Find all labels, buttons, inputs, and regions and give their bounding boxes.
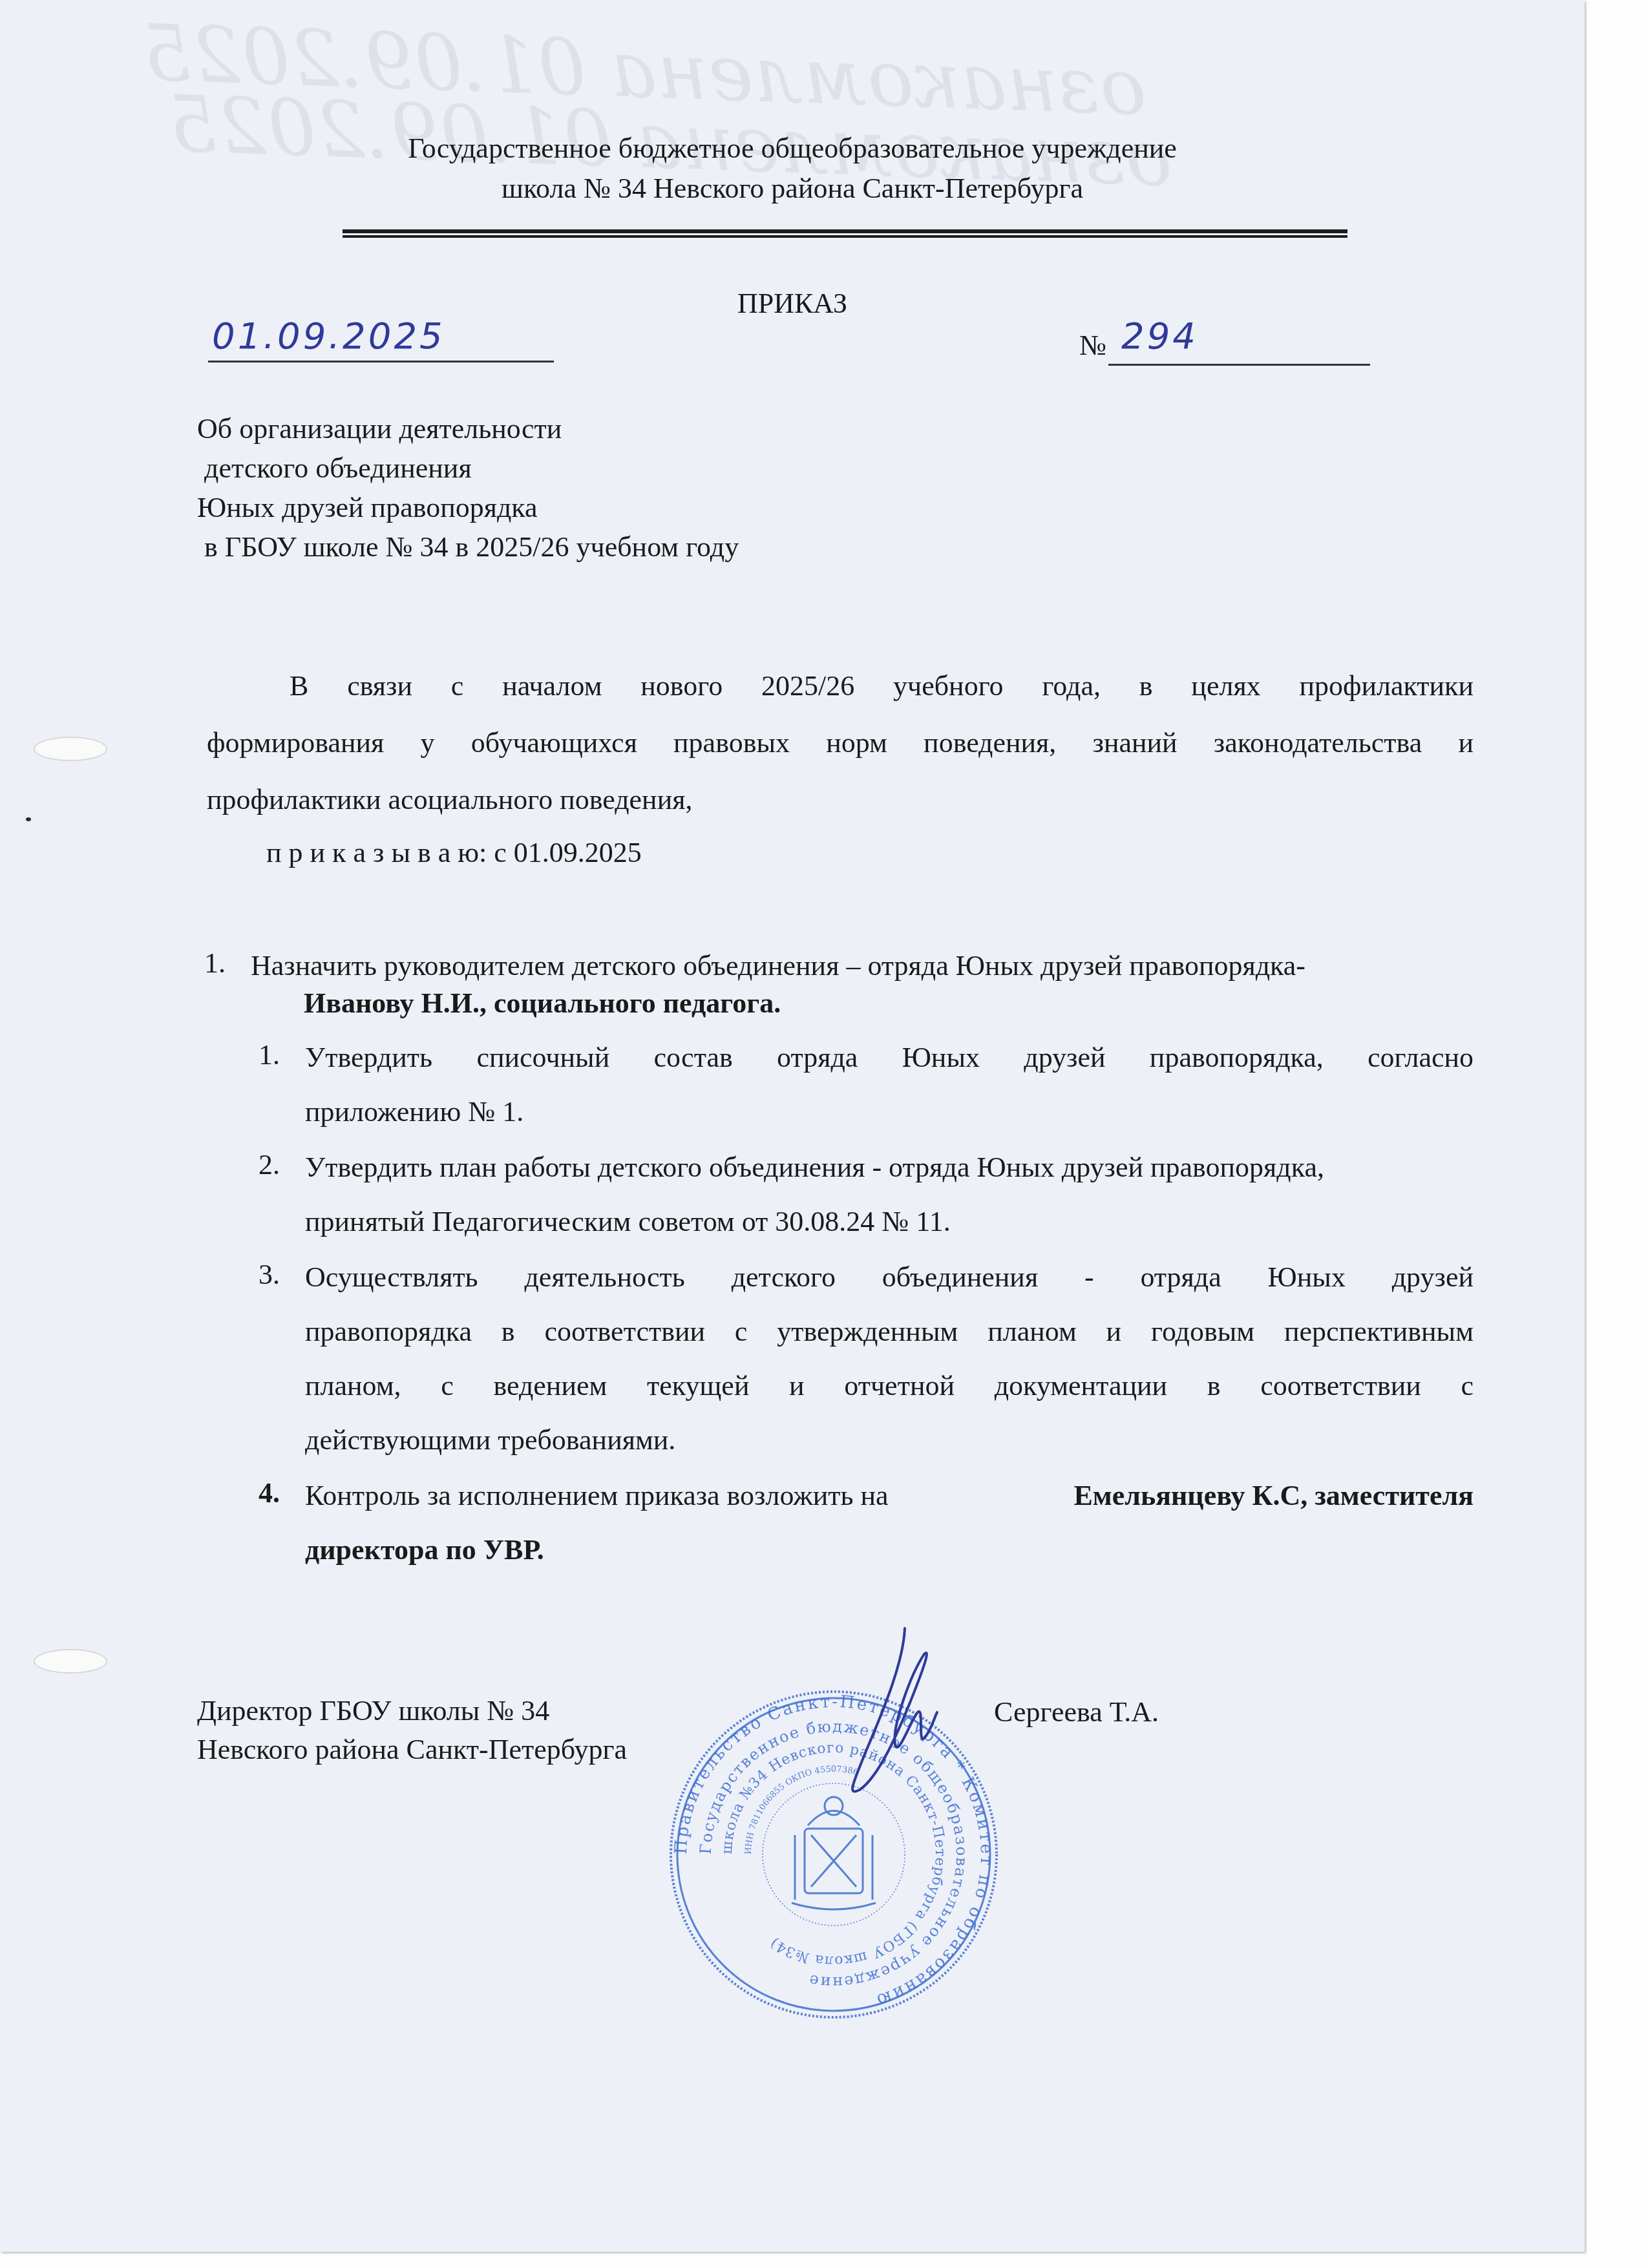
- sub-item-line: приложению № 1.: [305, 1093, 523, 1131]
- institution-name-line1: Государственное бюджетное общеобразовате…: [0, 129, 1585, 168]
- signatory-position-line2: Невского района Санкт-Петербурга: [197, 1730, 627, 1769]
- order-date-handwritten: 01.09.2025: [212, 315, 445, 357]
- order-subject: Об организации деятельности детского объ…: [197, 409, 739, 567]
- date-underline: [208, 361, 554, 362]
- institution-name-line2: школа № 34 Невского района Санкт-Петербу…: [0, 169, 1585, 208]
- sub-item-line: Контроль за исполнением приказа возложит…: [305, 1476, 1474, 1515]
- order-number-handwritten: 294: [1121, 315, 1198, 357]
- main-item-text: Назначить руководителем детского объедин…: [251, 947, 1305, 985]
- preamble-line: профилактики асоциального поведения,: [207, 772, 692, 828]
- punch-hole: [34, 737, 107, 761]
- document-page: ознакомлена 01.09.2025 ознакомлена 01.09…: [0, 0, 1585, 2252]
- sub-item-line: Утвердить план работы детского объединен…: [305, 1148, 1474, 1187]
- signatory-name: Сергеева Т.А.: [994, 1693, 1159, 1732]
- number-underline: [1108, 364, 1370, 366]
- list-number: 3.: [259, 1258, 280, 1291]
- control-text: Контроль за исполнением приказа возложит…: [305, 1476, 889, 1515]
- subject-line: в ГБОУ школе № 34 в 2025/26 учебном году: [197, 527, 739, 567]
- sub-item-line: принятый Педагогическим советом от 30.08…: [305, 1202, 951, 1241]
- subject-line: Об организации деятельности: [197, 409, 739, 448]
- preamble-line: формирования у обучающихся правовых норм…: [207, 715, 1474, 772]
- sub-item-line: Осуществлять деятельность детского объед…: [305, 1258, 1474, 1297]
- list-number: 4.: [259, 1476, 280, 1509]
- order-number-label: №: [1079, 326, 1106, 365]
- list-number: 1.: [204, 947, 226, 980]
- header-rule-bottom: [343, 235, 1347, 238]
- list-number: 2.: [259, 1148, 280, 1181]
- header-rule-top: [343, 229, 1347, 233]
- subject-line: Юных друзей правопорядка: [197, 488, 739, 527]
- preamble-line: В связи с началом нового 2025/26 учебног…: [207, 658, 1474, 715]
- sub-item-line: действующими требованиями.: [305, 1421, 675, 1460]
- ink-spot: [26, 817, 31, 821]
- sub-item-line: Утвердить списочный состав отряда Юных д…: [305, 1038, 1474, 1077]
- order-phrase: п р и к а з ы в а ю: с 01.09.2025: [266, 834, 642, 872]
- control-assignee: Емельянцеву К.С, заместителя: [1073, 1476, 1474, 1515]
- subject-line: детского объединения: [197, 448, 739, 488]
- handwritten-signature: [827, 1622, 956, 1809]
- control-assignee-line2: директора по УВР.: [305, 1531, 544, 1570]
- list-number: 1.: [259, 1038, 280, 1071]
- punch-hole: [34, 1649, 107, 1674]
- main-item-assignee: Иванову Н.И., социального педагога.: [304, 984, 781, 1023]
- sub-item-line: планом, с ведением текущей и отчетной до…: [305, 1367, 1474, 1405]
- signatory-position-line1: Директор ГБОУ школы № 34: [197, 1692, 549, 1730]
- sub-item-line: правопорядка в соответствии с утвержденн…: [305, 1312, 1474, 1351]
